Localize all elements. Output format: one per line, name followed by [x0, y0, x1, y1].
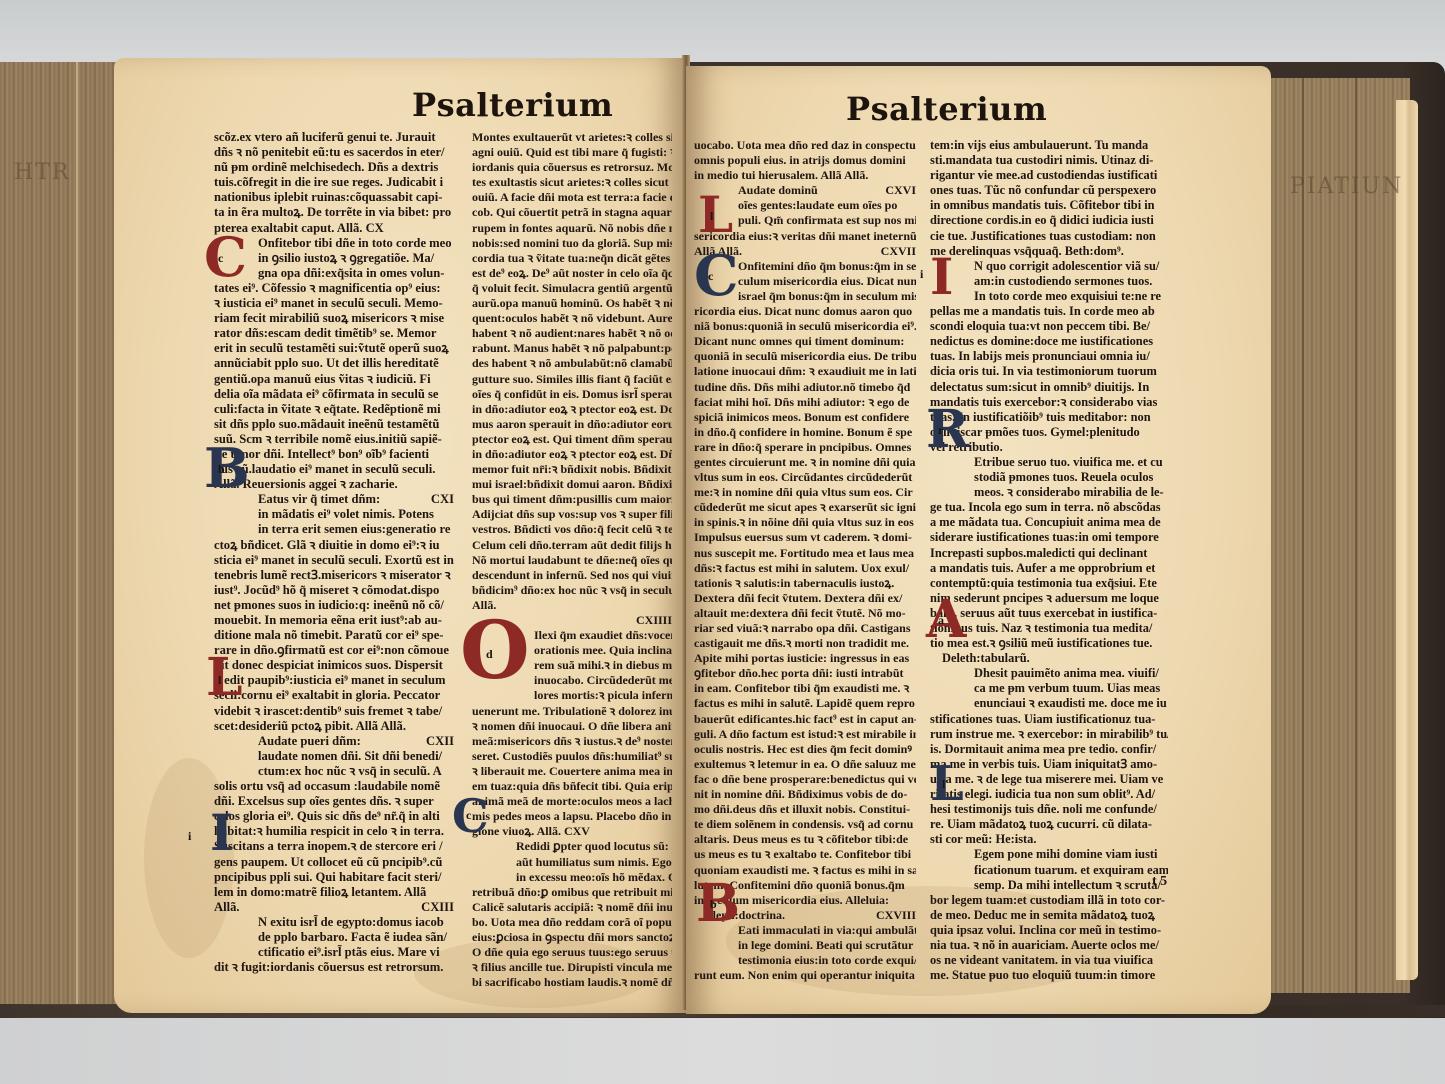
initial-i-red-right: Ii — [930, 252, 953, 302]
left-edge-inscription: HTR — [14, 160, 70, 185]
initial-d-red: Od — [460, 610, 530, 690]
initial-b-blue: Bb — [204, 441, 250, 495]
running-head-left: Psalterium — [412, 86, 613, 124]
initial-c-red: Cc — [204, 230, 247, 284]
left-page-column-2: Montes exultauerũt vt arietes:ꝛ colles s… — [472, 130, 672, 990]
initial-c-blue-right: Cc — [694, 248, 739, 304]
initial-c-blue: Cc — [452, 793, 489, 839]
signature-mark: t 5 — [1152, 874, 1167, 890]
initial-a-red-right: Aa — [926, 594, 966, 646]
initial-l-red-right: Ll — [698, 190, 733, 240]
right-page-column-2: tem:in vijs eius ambulauerunt. Tu manda … — [930, 138, 1168, 983]
initial-r-blue-right: Rr — [926, 404, 969, 456]
initial-l-red: Ll — [206, 652, 243, 704]
running-head-right: Psalterium — [846, 90, 1047, 128]
initial-l-blue-right: Ll — [930, 760, 964, 808]
photo-scene: HTR PIATIUN Psalterium scõz.ex vtero añ … — [0, 0, 1445, 1084]
initial-b-red-right: Bb — [696, 878, 740, 930]
right-page: Psalterium uocabo. Uota mea dño red daz … — [686, 66, 1271, 1014]
left-fore-edge: HTR — [0, 62, 120, 1004]
left-page: Psalterium scõz.ex vtero añ luciferũ gen… — [114, 58, 686, 1013]
left-page-column-1: scõz.ex vtero añ luciferũ genui te. Jura… — [214, 130, 454, 975]
right-fore-edge: PIATIUN — [1262, 78, 1410, 993]
initial-i-blue: Ii — [210, 808, 233, 858]
right-edge-inscription: PIATIUN — [1290, 174, 1403, 199]
table-surface — [0, 1018, 1445, 1084]
